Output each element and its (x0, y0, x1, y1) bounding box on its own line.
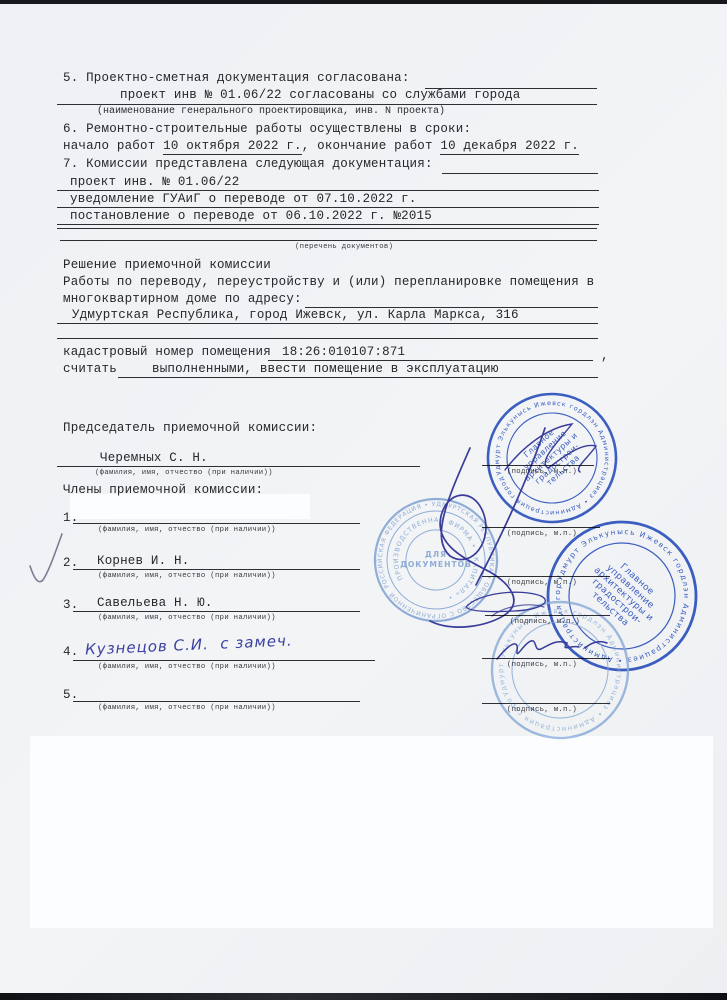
stamps-and-signatures-layer: Удмурт Элькунысь Ижевск гордлэн Админист… (0, 0, 727, 1000)
stamp-center-line: ДОКУМЕНТОВ (400, 560, 472, 569)
checkmark-annotation (30, 534, 62, 582)
scanned-document-page: 5. Проектно-сметная документация согласо… (0, 0, 727, 1000)
stamp-guaig-top: Удмурт Элькунысь Ижевск гордлэн Админист… (471, 377, 632, 538)
stamp-center-line: ДЛЯ (425, 550, 447, 559)
stamp-capital: РОССИЙСКАЯ ФЕДЕРАЦИЯ • УДМУРТСКАЯ РЕСПУБ… (353, 477, 520, 644)
